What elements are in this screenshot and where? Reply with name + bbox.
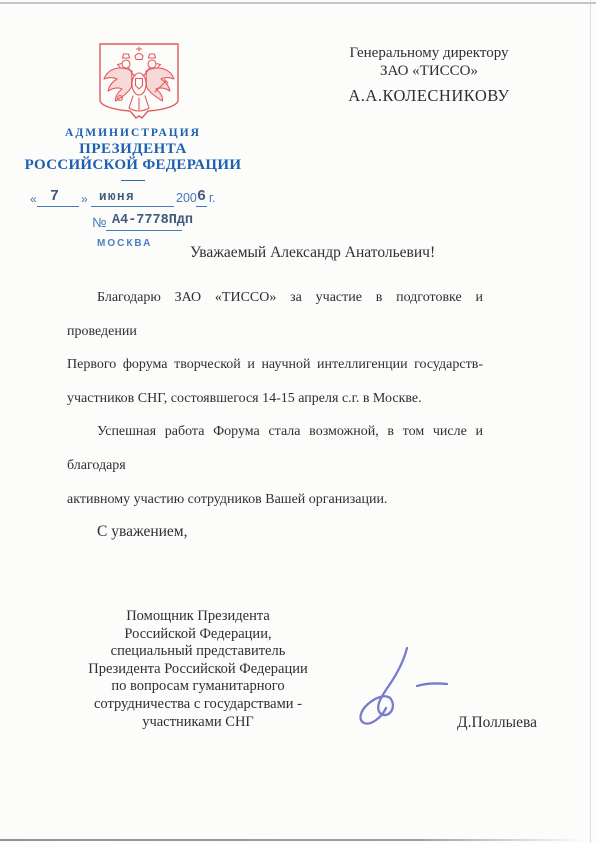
body-paragraphs: Благодарю ЗАО «ТИССО» за участие в подго… <box>67 281 483 516</box>
scan-edge-bottom <box>0 839 596 841</box>
body-line: Благодарю ЗАО «ТИССО» за участие в подго… <box>67 281 483 348</box>
scan-edge-right <box>590 0 591 843</box>
recipient-block: Генеральному директору ЗАО «ТИССО» А.А.К… <box>338 44 520 105</box>
org-name-line2: ПРЕЗИДЕНТА <box>23 141 243 157</box>
coat-of-arms-icon <box>95 41 183 123</box>
number-value: А4-7778Пдп <box>112 213 193 228</box>
signoff-name: Д.Поллыева <box>457 714 537 732</box>
body-line: Успешная работа Форума стала возможной, … <box>67 415 483 482</box>
signoff-title-line: специальный представитель <box>72 643 324 661</box>
date-day-underline <box>37 206 79 207</box>
org-name-line3: РОССИЙСКОЙ ФЕДЕРАЦИИ <box>23 157 243 174</box>
org-name-line1: АДМИНИСТРАЦИЯ <box>23 126 243 140</box>
scan-edge-top <box>0 2 596 4</box>
date-month-underline <box>91 206 174 207</box>
signoff-title-line: Президента Российской Федерации <box>72 661 324 679</box>
date-close-quote: » <box>81 192 88 206</box>
signoff-title-line: Российской Федерации, <box>72 626 324 644</box>
recipient-line-1: Генеральному директору <box>338 44 520 62</box>
letterhead: АДМИНИСТРАЦИЯ ПРЕЗИДЕНТА РОССИЙСКОЙ ФЕДЕ… <box>23 126 243 181</box>
date-year-prefix: 200 <box>176 191 197 205</box>
date-year-digit: 6 <box>197 188 206 205</box>
date-year-underline <box>196 206 207 207</box>
date-day: 7 <box>50 188 59 205</box>
number-underline <box>106 230 182 231</box>
signoff-title-line: участниками СНГ <box>72 714 324 732</box>
signoff-title-line: по вопросам гуманитарного <box>72 678 324 696</box>
letterhead-rule <box>121 180 145 181</box>
body-line: участников СНГ, состоявшегося 14-15 апре… <box>67 382 483 416</box>
date-year-suffix: г. <box>209 191 216 205</box>
number-sign: № <box>92 215 106 230</box>
body-line: активному участию сотрудников Вашей орга… <box>67 483 483 517</box>
signature-ink-icon <box>355 642 465 734</box>
signoff-title-line: Помощник Президента <box>72 608 324 626</box>
salutation: Уважаемый Александр Анатольевич! <box>190 244 435 262</box>
recipient-line-3: А.А.КОЛЕСНИКОВУ <box>338 87 520 105</box>
signoff-title-line: сотрудничества с государствами - <box>72 696 324 714</box>
date-open-quote: « <box>30 192 37 206</box>
scanned-letter-page: АДМИНИСТРАЦИЯ ПРЕЗИДЕНТА РОССИЙСКОЙ ФЕДЕ… <box>0 0 596 843</box>
recipient-line-2: ЗАО «ТИССО» <box>338 62 520 80</box>
date-month: июня <box>99 190 135 204</box>
closing: С уважением, <box>97 523 188 541</box>
city-label: МОСКВА <box>97 238 152 249</box>
body-line: Первого форума творческой и научной инте… <box>67 348 483 382</box>
signoff-title: Помощник Президента Российской Федерации… <box>72 608 324 731</box>
